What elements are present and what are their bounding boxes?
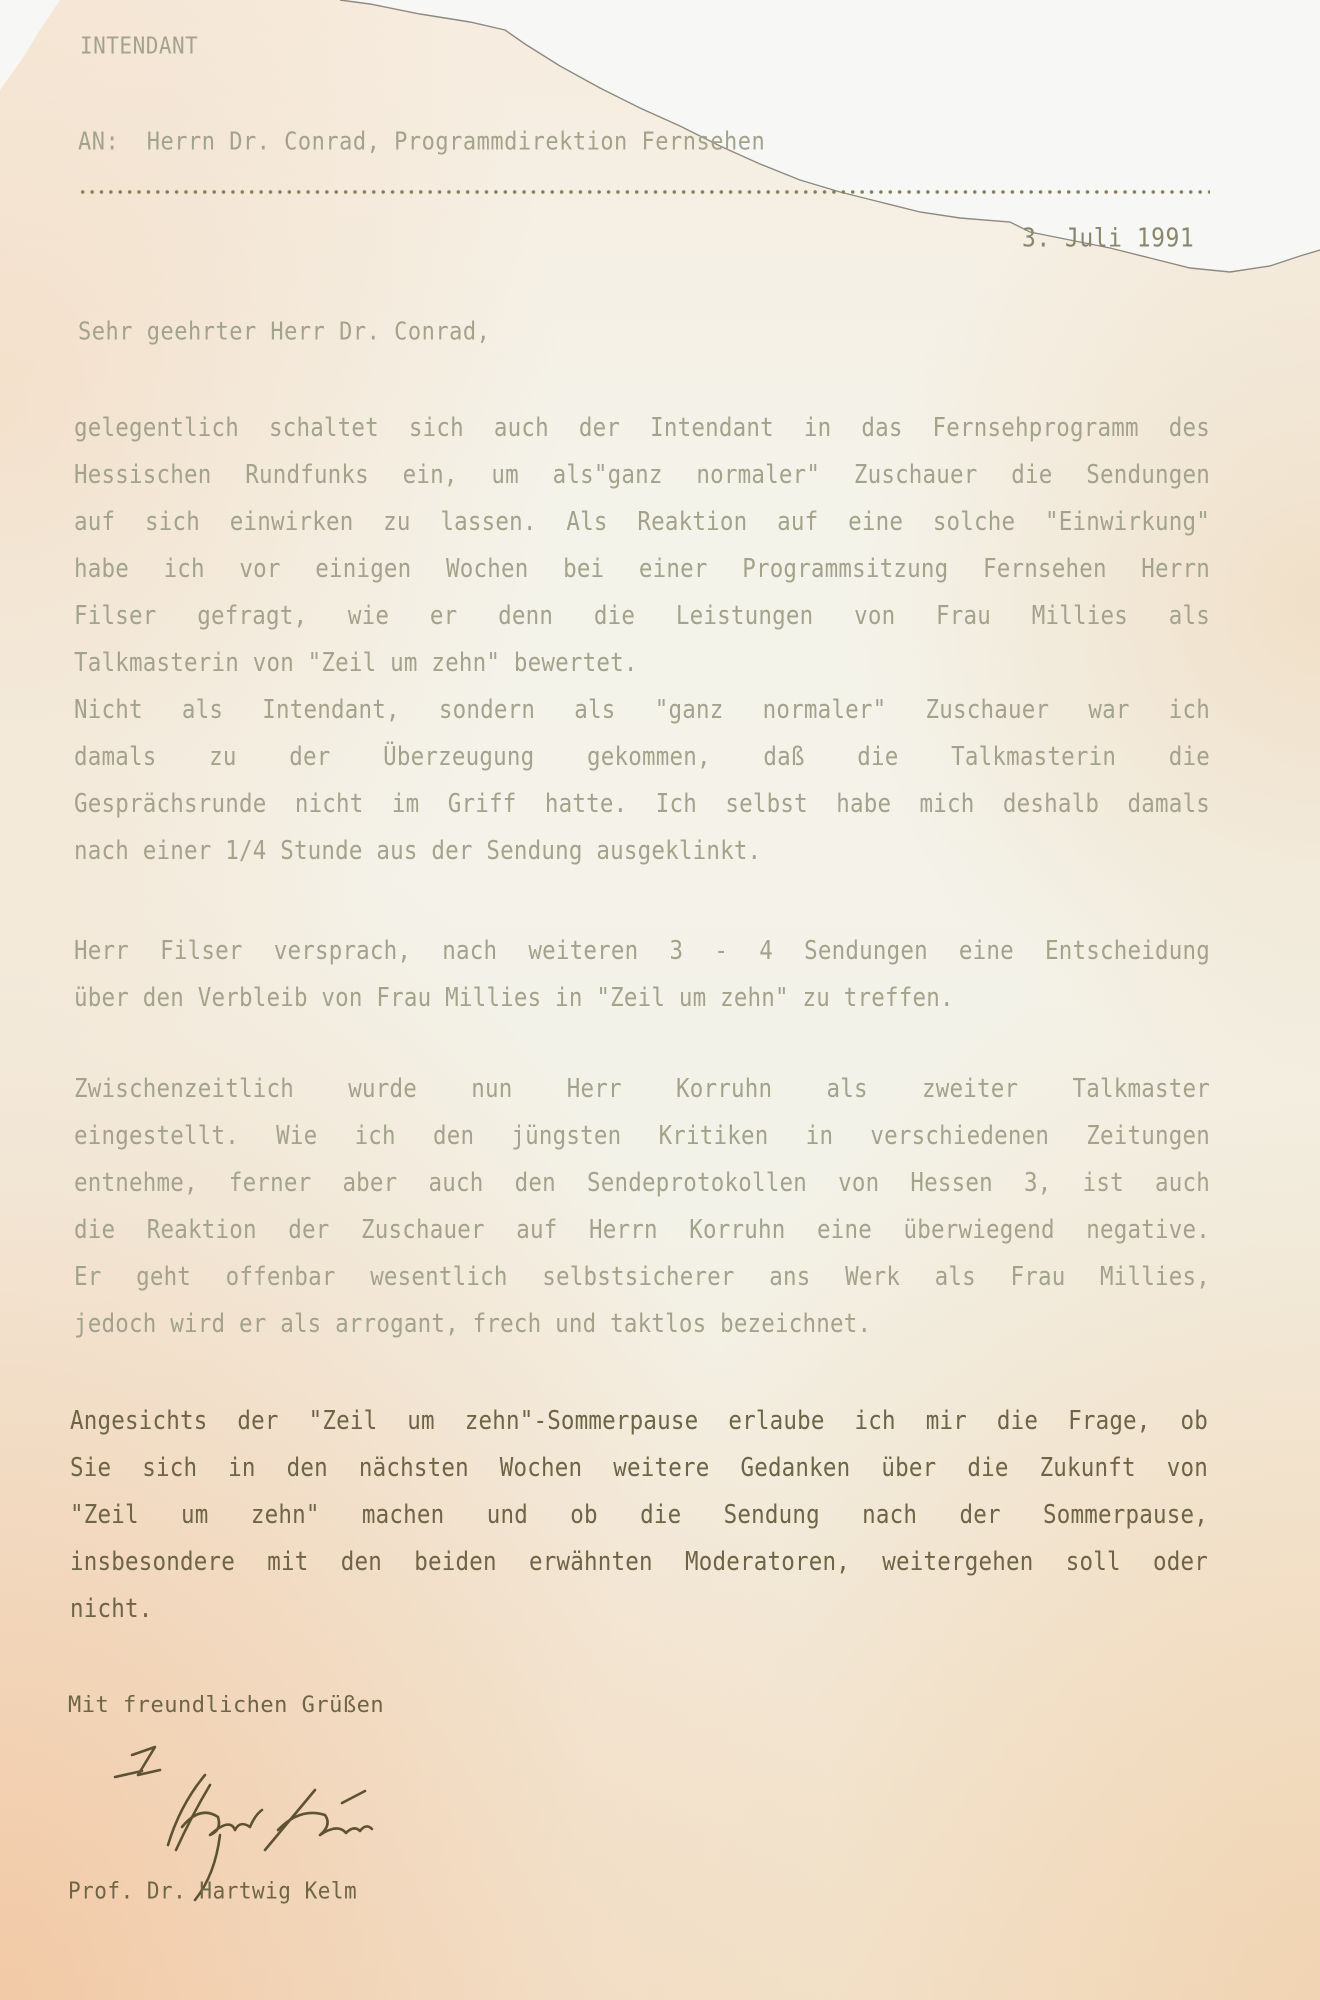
text-line: auf sich einwirken zu lassen. Als Reakti… xyxy=(74,495,1210,549)
department-header: INTENDANT xyxy=(80,32,198,59)
text-line: Nicht als Intendant, sondern als "ganz n… xyxy=(74,683,1210,737)
letter-date: 3. Juli 1991 xyxy=(1022,224,1194,253)
closing-line: Mit freundlichen Grüßen xyxy=(68,1693,384,1718)
letter-page: INTENDANT AN: Herrn Dr. Conrad, Programm… xyxy=(0,0,1320,2000)
text-line: "Zeil um zehn" machen und ob die Sendung… xyxy=(70,1488,1208,1542)
text-line: damals zu der Überzeugung gekommen, daß … xyxy=(74,730,1210,784)
text-line: gelegentlich schaltet sich auch der Inte… xyxy=(74,401,1210,455)
paragraph-4: Angesichts der "Zeil um zehn"-Sommerpaus… xyxy=(70,1398,1208,1633)
text-line: Gesprächsrunde nicht im Griff hatte. Ich… xyxy=(74,777,1210,831)
text-line: Hessischen Rundfunks ein, um als"ganz no… xyxy=(74,448,1210,502)
text-line: eingestellt. Wie ich den jüngsten Kritik… xyxy=(74,1109,1210,1163)
text-line: Talkmasterin von "Zeil um zehn" bewertet… xyxy=(74,636,1210,690)
text-line: Er geht offenbar wesentlich selbstsicher… xyxy=(74,1250,1210,1304)
text-line: Filser gefragt, wie er denn die Leistung… xyxy=(74,589,1210,643)
signatory-name: Prof. Dr. Hartwig Kelm xyxy=(68,1877,357,1904)
text-line: Angesichts der "Zeil um zehn"-Sommerpaus… xyxy=(70,1394,1208,1448)
paragraph-2: Herr Filser versprach, nach weiteren 3 -… xyxy=(74,928,1210,1022)
text-line: nach einer 1/4 Stunde aus der Sendung au… xyxy=(74,824,1210,878)
text-line: jedoch wird er als arrogant, frech und t… xyxy=(74,1297,1210,1351)
paragraph-3: Zwischenzeitlich wurde nun Herr Korruhn … xyxy=(74,1066,1210,1348)
text-line: insbesondere mit den beiden erwähnten Mo… xyxy=(70,1535,1208,1589)
text-line: die Reaktion der Zuschauer auf Herrn Kor… xyxy=(74,1203,1210,1257)
text-line: nicht. xyxy=(70,1582,1208,1636)
text-line: Sie sich in den nächsten Wochen weitere … xyxy=(70,1441,1208,1495)
salutation: Sehr geehrter Herr Dr. Conrad, xyxy=(78,318,490,346)
paragraph-1: gelegentlich schaltet sich auch der Inte… xyxy=(74,405,1210,875)
text-line: Zwischenzeitlich wurde nun Herr Korruhn … xyxy=(74,1062,1210,1116)
text-line: Herr Filser versprach, nach weiteren 3 -… xyxy=(74,924,1210,978)
recipient-line: AN: Herrn Dr. Conrad, Programmdirektion … xyxy=(78,128,765,156)
text-line: entnehme, ferner aber auch den Sendeprot… xyxy=(74,1156,1210,1210)
text-line: habe ich vor einigen Wochen bei einer Pr… xyxy=(74,542,1210,596)
text-line: über den Verbleib von Frau Millies in "Z… xyxy=(74,971,1210,1025)
separator-rule xyxy=(78,190,1210,194)
